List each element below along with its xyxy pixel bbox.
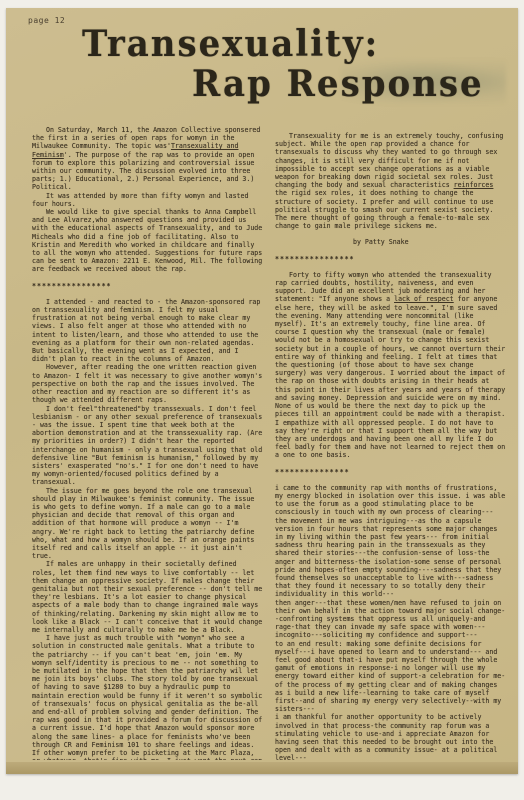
paragraph: i came to the community rap with months … <box>275 484 506 517</box>
left-column: On Saturday, March 11, the Amazon Collec… <box>32 126 263 760</box>
asterisk-divider: *************** <box>275 468 506 476</box>
paragraph: I have just as much trouble with "womyn"… <box>32 634 263 760</box>
paragraph: I don't feel"threatened"by transsexuals.… <box>32 405 263 487</box>
right-column: Transexuality for me is an extremely tou… <box>275 126 506 760</box>
page-number-label: page 12 <box>28 16 65 25</box>
paragraph: to an end result: making some definite d… <box>275 640 506 714</box>
author-signature: by Patty Snake <box>275 238 506 246</box>
paragraph: i am thankful for another opportunity to… <box>275 713 506 760</box>
paragraph: The issue for me goes beyond the role on… <box>32 487 263 561</box>
newspaper-page: page 12 Transexuality: Rap Response On S… <box>6 8 518 774</box>
paragraph: However, after reading the one written r… <box>32 363 263 404</box>
paper-bottom-edge <box>6 762 518 774</box>
paragraph: I attended - and reacted to - the Amazon… <box>32 298 263 364</box>
paragraph: the movement in me was intriguing---as t… <box>275 517 506 599</box>
article-body: On Saturday, March 11, the Amazon Collec… <box>32 126 506 760</box>
paragraph: It was attended by more than fifty womyn… <box>32 192 263 208</box>
paragraph: then anger---that these women/men have r… <box>275 599 506 640</box>
paragraph: If males are unhappy in their societally… <box>32 560 263 634</box>
asterisk-divider: **************** <box>32 282 263 290</box>
scanned-page-background: { "page": { "label": "page 12", "title_l… <box>0 0 524 800</box>
paragraph: On Saturday, March 11, the Amazon Collec… <box>32 126 263 192</box>
paragraph: Transexuality for me is an extremely tou… <box>275 132 506 230</box>
article-title-line1: Transexuality: <box>82 22 379 65</box>
article-title-line2: Rap Response <box>192 62 484 105</box>
paragraph: We would like to give special thanks to … <box>32 208 263 274</box>
asterisk-divider: **************** <box>275 255 506 263</box>
paragraph: Forty to fifty womyn who attended the tr… <box>275 271 506 460</box>
